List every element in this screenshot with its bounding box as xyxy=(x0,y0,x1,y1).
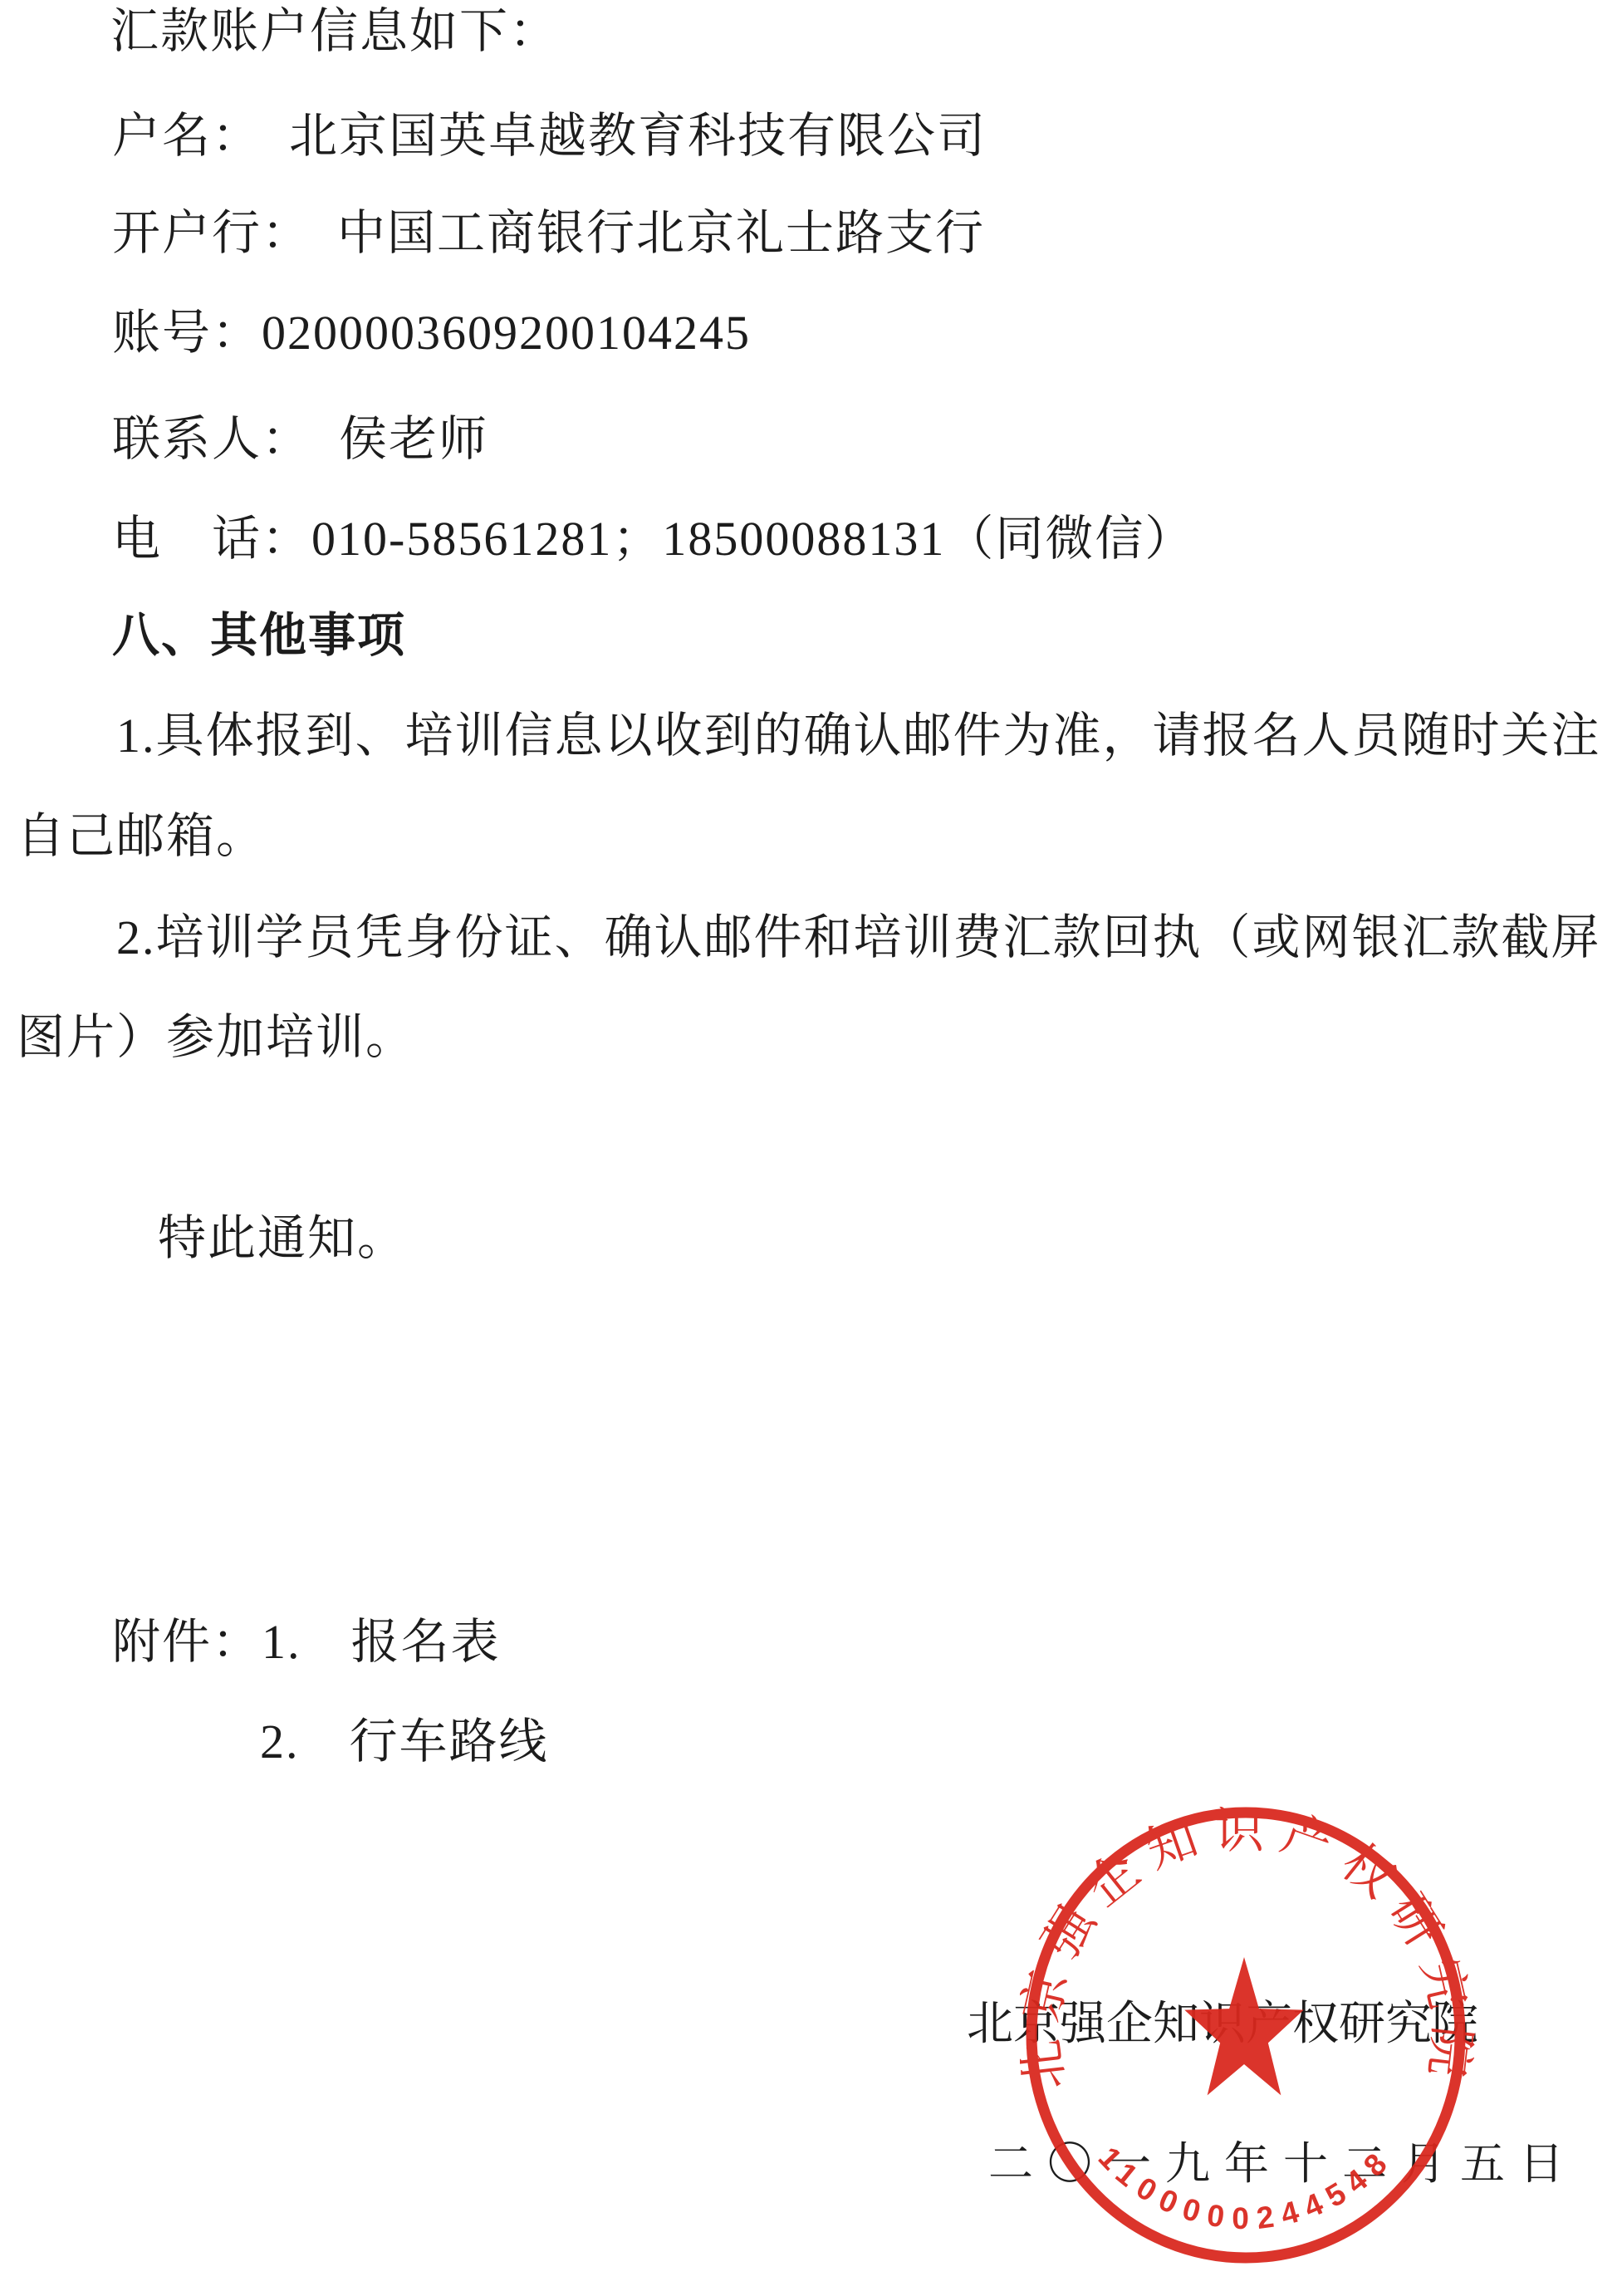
section-8-heading: 八、其他事项 xyxy=(112,611,406,661)
phone-line: 电 话：010-58561281；18500088131（同微信） xyxy=(112,514,1194,565)
attachment-item-1: 附件：1. 报名表 xyxy=(112,1617,501,1668)
closing-line: 特此通知。 xyxy=(158,1214,407,1264)
contact-person-line: 联系人： 侯老师 xyxy=(112,415,488,465)
account-name-line: 户名： 北京国英卓越教育科技有限公司 xyxy=(112,111,987,162)
attachment-item-2: 2. 行车路线 xyxy=(260,1717,549,1768)
account-number-line: 账号：0200003609200104245 xyxy=(112,308,751,359)
seal-star-icon xyxy=(1184,1957,1304,2095)
note-2-line-2: 图片）参加培训。 xyxy=(17,1013,415,1063)
bank-branch-line: 开户行： 中国工商银行北京礼士路支行 xyxy=(112,209,985,259)
document-page: 汇款账户信息如下： 户名： 北京国英卓越教育科技有限公司 开户行： 中国工商银行… xyxy=(0,0,1622,2296)
note-2-line-1: 2.培训学员凭身份证、确认邮件和培训费汇款回执（或网银汇款截屏 xyxy=(116,913,1601,964)
note-1-line-1: 1.具体报到、培训信息以收到的确认邮件为准，请报名人员随时关注 xyxy=(116,711,1601,762)
seal-reg-number: 1100000244548 xyxy=(1092,2141,1400,2236)
remit-header-line: 汇款账户信息如下： xyxy=(110,7,559,57)
note-1-line-2: 自己邮箱。 xyxy=(17,812,266,862)
official-seal: 北京强企知识产权研究院 1100000244548 xyxy=(1020,1807,1478,2272)
